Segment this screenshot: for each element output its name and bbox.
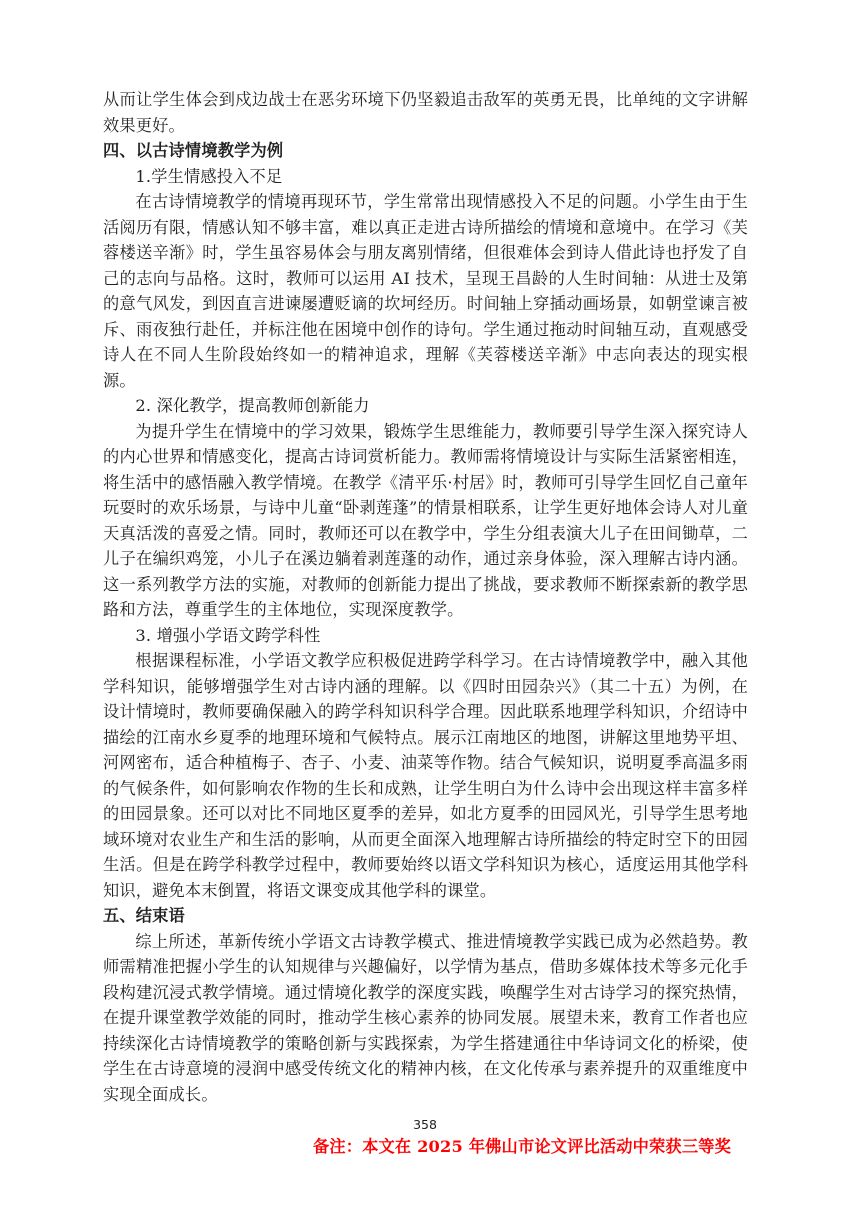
page-number: 358 — [0, 1117, 850, 1132]
paragraph-continuation: 从而让学生体会到戍边战士在恶劣环境下仍坚毅追击敌军的英勇无畏，比单纯的文字讲解效… — [103, 87, 748, 138]
paragraph-conclusion: 综上所述，革新传统小学语文古诗教学模式、推进情境教学实践已成为必然趋势。教师需精… — [103, 929, 748, 1108]
section-heading-4: 四、以古诗情境教学为例 — [103, 138, 748, 164]
subsection-title-3: 3. 增强小学语文跨学科性 — [103, 623, 748, 649]
award-note: 备注：本文在 2025 年佛山市论文评比活动中荣获三等奖 — [103, 1136, 748, 1158]
paragraph-interdisciplinary: 根据课程标准，小学语文教学应积极促进跨学科学习。在古诗情境教学中，融入其他学科知… — [103, 648, 748, 903]
document-page: 从而让学生体会到戍边战士在恶劣环境下仍坚毅追击敌军的英勇无畏，比单纯的文字讲解效… — [0, 0, 850, 1205]
subsection-title-2: 2. 深化教学，提高教师创新能力 — [103, 393, 748, 419]
section-heading-5: 五、结束语 — [103, 903, 748, 929]
paragraph-student-emotion: 在古诗情境教学的情境再现环节，学生常常出现情感投入不足的问题。小学生由于生活阅历… — [103, 189, 748, 393]
subsection-title-1: 1.学生情感投入不足 — [103, 164, 748, 190]
paragraph-deepen-teaching: 为提升学生在情境中的学习效果，锻炼学生思维能力，教师要引导学生深入探究诗人的内心… — [103, 419, 748, 623]
